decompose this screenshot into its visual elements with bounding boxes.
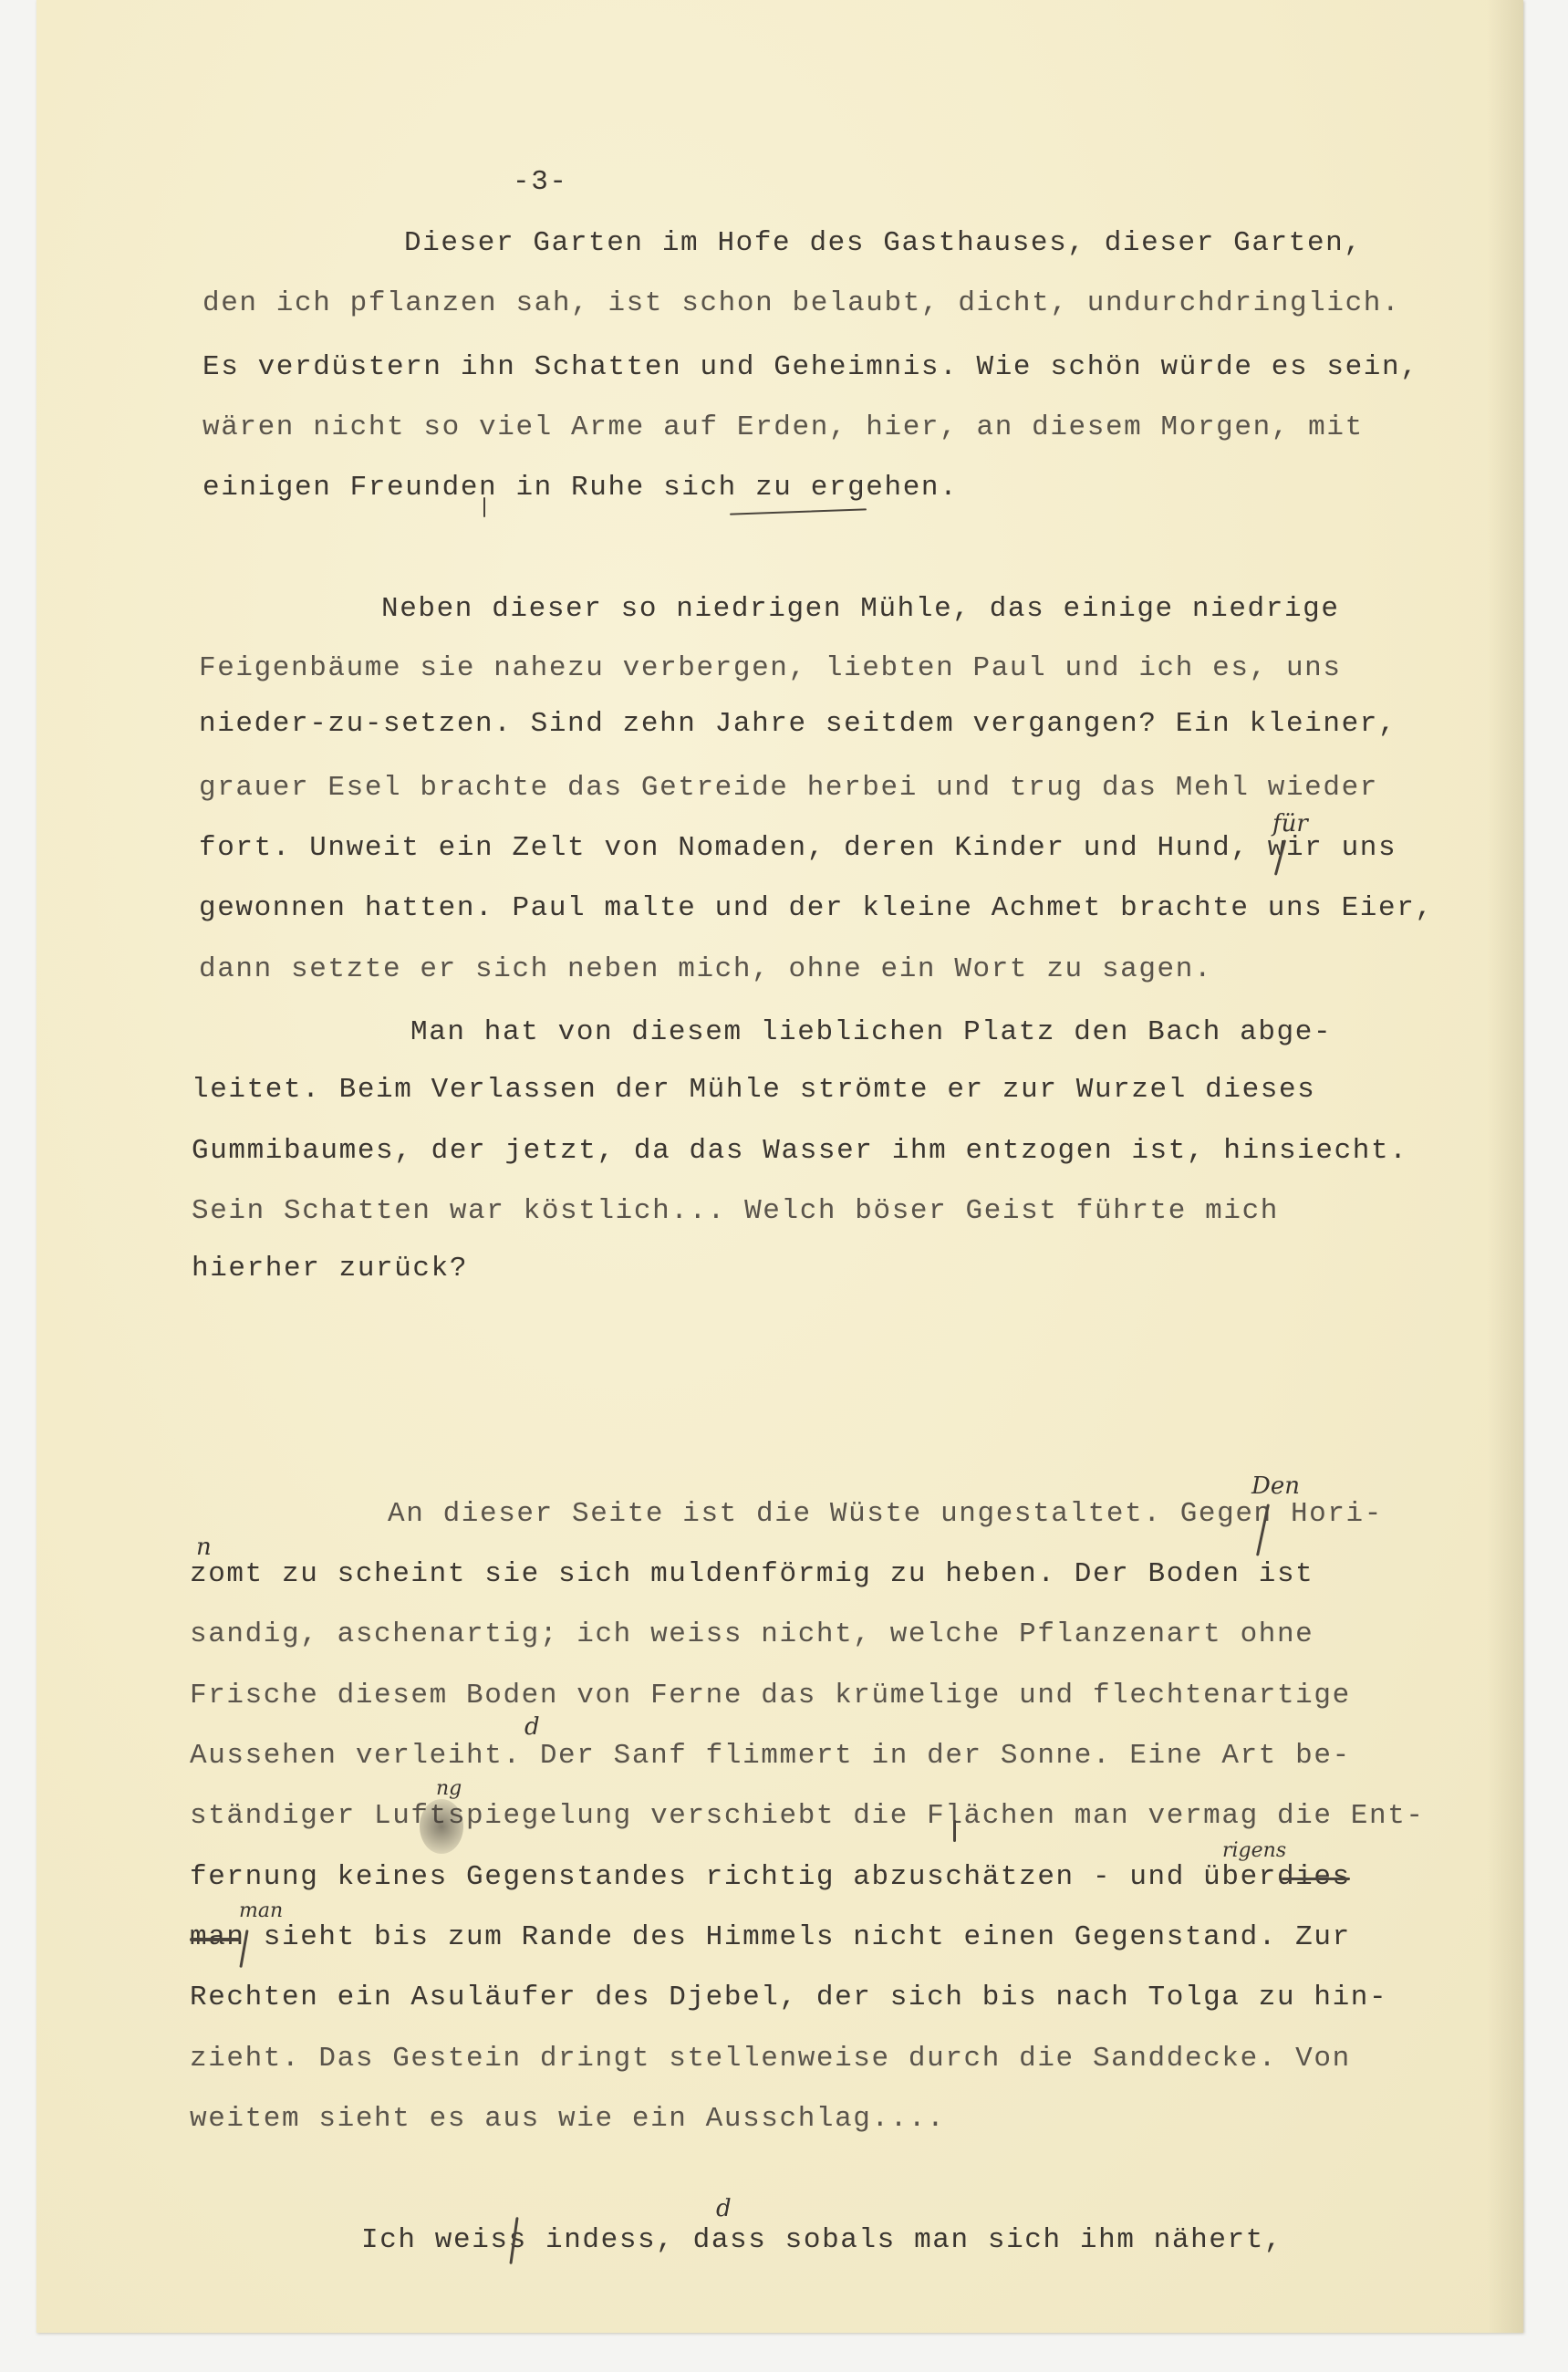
paragraph-4-line: weitem sieht es aus wie ein Ausschlag...… (190, 2101, 945, 2138)
paragraph-1-line: Dieser Garten im Hofe des Gasthauses, di… (404, 225, 1363, 262)
insertion-mark (953, 1820, 956, 1842)
insertion-mark (483, 497, 485, 517)
ink-smudge (420, 1799, 463, 1854)
paragraph-2-line: fort. Unweit ein Zelt von Nomaden, deren… (199, 830, 1397, 867)
paragraph-4-line: sandig, aschenartig; ich weiss nicht, we… (190, 1617, 1314, 1653)
paragraph-5-line: Ich weiss indess, dass sobals man sich i… (361, 2222, 1282, 2259)
paragraph-2-line: Feigenbäume sie nahezu verbergen, liebte… (199, 650, 1342, 687)
paragraph-1-line: den ich pflanzen sah, ist schon belaubt,… (202, 286, 1400, 322)
typewritten-page: -3- Dieser Garten im Hofe des Gasthauses… (36, 0, 1523, 2333)
handwritten-correction: Den (1251, 1472, 1300, 1500)
paragraph-3-line: hierher zurück? (192, 1251, 468, 1287)
handwritten-underline (730, 508, 867, 515)
paragraph-1-line: wären nicht so viel Arme auf Erden, hier… (202, 410, 1364, 446)
handwritten-correction: n (196, 1534, 212, 1561)
paragraph-2-line: gewonnen hatten. Paul malte und der klei… (199, 890, 1434, 927)
paragraph-2-line: Neben dieser so niedrigen Mühle, das ein… (381, 591, 1340, 628)
handwritten-correction: rigens (1222, 1839, 1286, 1862)
paragraph-2-line: nieder-zu-setzen. Sind zehn Jahre seitde… (199, 706, 1397, 743)
page-number: -3- (513, 164, 568, 201)
paragraph-4-line: ständiger Luftspiegelung verschiebt die … (190, 1798, 1425, 1835)
handwritten-correction: für (1272, 810, 1308, 837)
paragraph-4-line: zomt zu scheint sie sich muldenförmig zu… (190, 1556, 1314, 1593)
strikethrough-mark (1282, 1878, 1350, 1880)
paragraph-4-line: Rechten ein Asuläufer des Djebel, der si… (190, 1980, 1387, 2016)
paragraph-2-line: dann setzte er sich neben mich, ohne ein… (199, 952, 1212, 988)
paragraph-4-line: Aussehen verleiht. Der Sanf flimmert in … (190, 1738, 1351, 1774)
paragraph-4-line: An dieser Seite ist die Wüste ungestalte… (388, 1496, 1383, 1533)
paragraph-3-line: leitet. Beim Verlassen der Mühle strömte… (192, 1072, 1315, 1108)
paragraph-3-line: Gummibaumes, der jetzt, da das Wasser ih… (192, 1133, 1407, 1170)
paragraph-1-line: einigen Freunden in Ruhe sich zu ergehen… (202, 470, 958, 506)
paragraph-4-line: fernung keines Gegenstandes richtig abzu… (190, 1859, 1351, 1896)
handwritten-correction: d (524, 1713, 540, 1741)
paragraph-3-line: Sein Schatten war köstlich... Welch böse… (192, 1193, 1279, 1230)
paragraph-1-line: Es verdüstern ihn Schatten und Geheimnis… (202, 349, 1418, 386)
strikethrough-mark (190, 1938, 241, 1941)
handwritten-correction: d (716, 2195, 732, 2222)
handwritten-correction: ng (436, 1777, 462, 1800)
paragraph-2-line: grauer Esel brachte das Getreide herbei … (199, 770, 1378, 806)
paragraph-4-line: zieht. Das Gestein dringt stellenweise d… (190, 2041, 1351, 2077)
paragraph-4-line: Frische diesem Boden von Ferne das krüme… (190, 1678, 1351, 1714)
handwritten-correction: man (239, 1899, 283, 1922)
paragraph-4-line: man sieht bis zum Rande des Himmels nich… (190, 1919, 1351, 1956)
paragraph-3-line: Man hat von diesem lieblichen Platz den … (410, 1014, 1332, 1051)
